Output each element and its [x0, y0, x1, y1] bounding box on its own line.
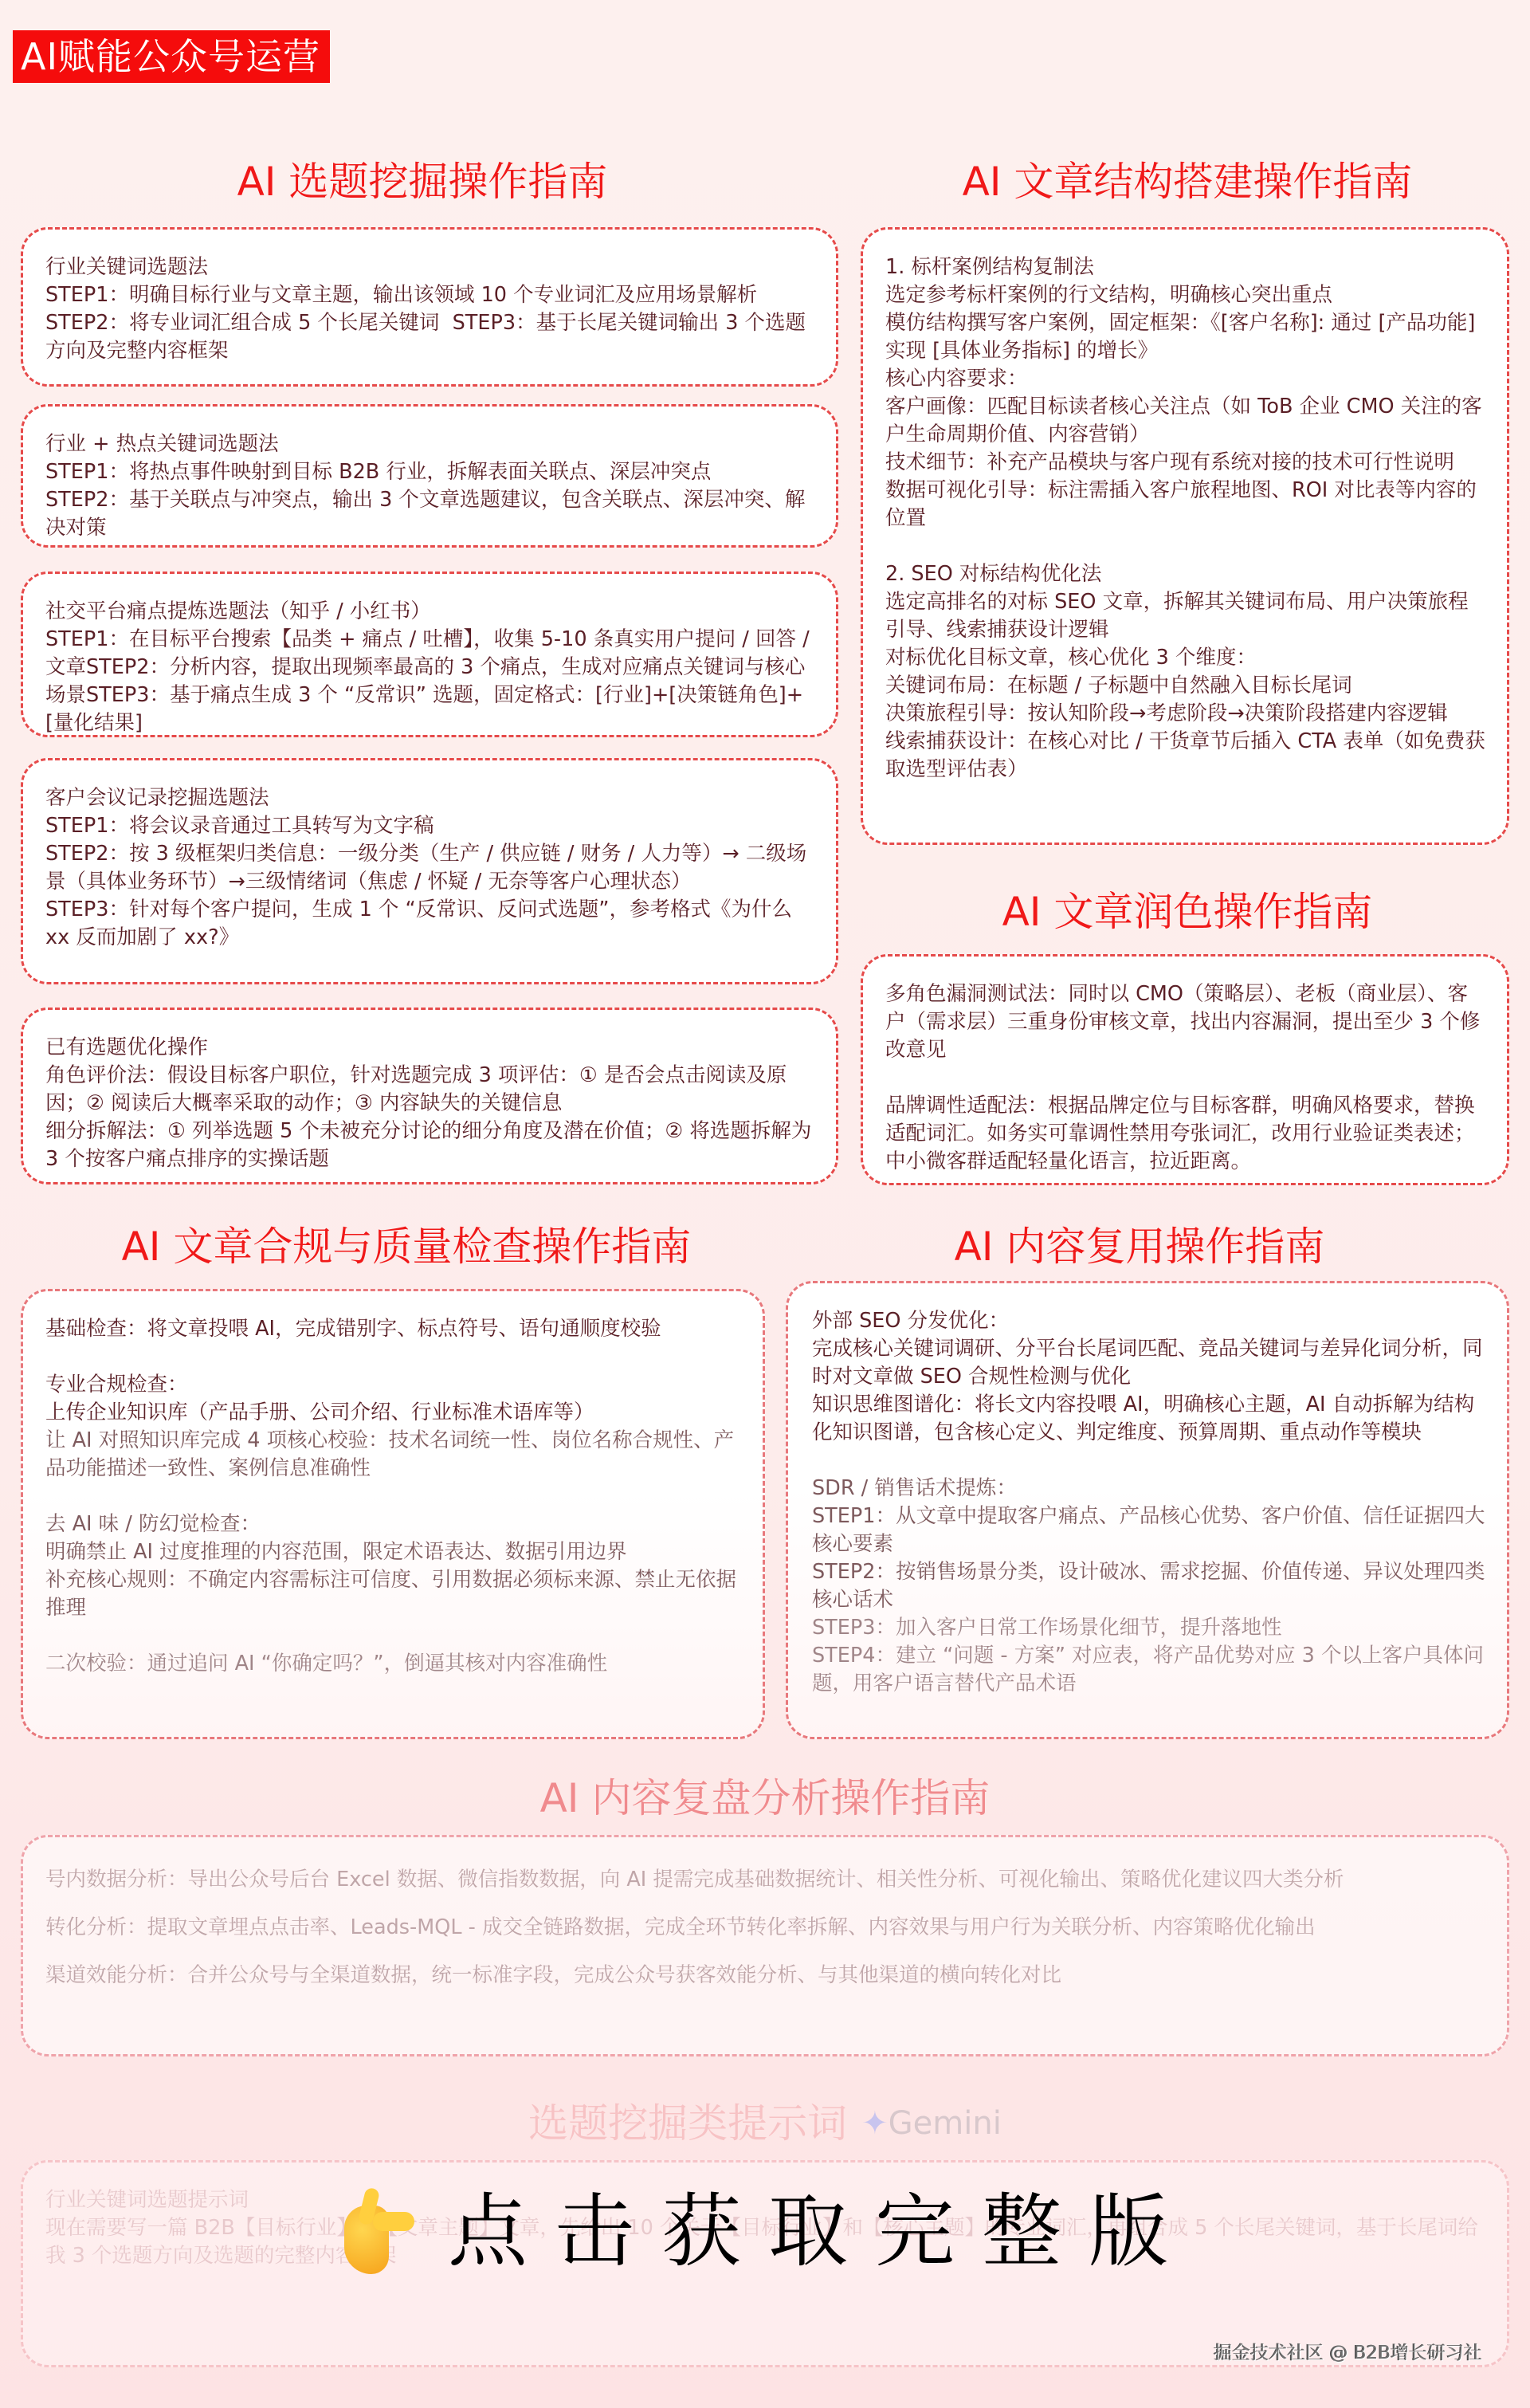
card-text: 上传企业知识库（产品手册、公司介绍、行业标准术语库等） [45, 1399, 742, 1427]
card-heading: 去 AI 味 / 防幻觉检查： [45, 1510, 742, 1538]
card-text: 补充核心规则：不确定内容需标注可信度、引用数据必须标来源、禁止无依据推理 [45, 1566, 742, 1622]
card-text: STEP2：按销售场景分类，设计破冰、需求挖掘、价值传递、异议处理四类核心话术 [812, 1558, 1486, 1614]
card-reuse: 外部 SEO 分发优化： 完成核心关键词调研、分平台长尾词匹配、竞品关键词与差异… [786, 1281, 1509, 1739]
card-heading: 行业 + 热点关键词选题法 [45, 430, 815, 458]
card-text: 对标优化目标文章，核心优化 3 个维度： [885, 644, 1486, 672]
card-text: 知识思维图谱化：将长文内容投喂 AI，明确核心主题，AI 自动拆解为结构化知识图… [812, 1391, 1486, 1447]
card-heading: 行业关键词选题法 [45, 253, 815, 281]
card-heading: 2. SEO 对标结构优化法 [885, 560, 1486, 588]
card-heading: 1. 标杆案例结构复制法 [885, 253, 1486, 281]
card-heading: SDR / 销售话术提炼： [812, 1475, 1486, 1503]
card-text: 明确禁止 AI 过度推理的内容范围，限定术语表达、数据引用边界 [45, 1538, 742, 1566]
section-title-polish: AI 文章润色操作指南 [861, 886, 1514, 937]
card-customer-meeting: 客户会议记录挖掘选题法 STEP1：将会议录音通过工具转写为文字稿 STEP2：… [21, 758, 838, 984]
section-title-prompts: 选题挖掘类提示词 ✦Gemini [0, 2098, 1530, 2149]
card-text: 让 AI 对照知识库完成 4 项核心校验：技术名词统一性、岗位名称合规性、产品功… [45, 1427, 742, 1483]
card-industry-hotspot: 行业 + 热点关键词选题法 STEP1：将热点事件映射到目标 B2B 行业，拆解… [21, 404, 838, 548]
card-compliance: 基础检查：将文章投喂 AI，完成错别字、标点符号、语句通顺度校验 专业合规检查：… [21, 1289, 765, 1739]
card-text: 基础检查：将文章投喂 AI，完成错别字、标点符号、语句通顺度校验 [45, 1315, 742, 1343]
card-text: STEP3：针对每个客户提问，生成 1 个 “反常识、反问式选题”，参考格式《为… [45, 896, 815, 952]
card-text: 角色评价法：假设目标客户职位，针对选题完成 3 项评估：① 是否会点击阅读及原因… [45, 1062, 815, 1118]
card-text: 细分拆解法：① 列举选题 5 个未被充分讨论的细分角度及潜在价值；② 将选题拆解… [45, 1118, 815, 1173]
gemini-badge: ✦Gemini [861, 2098, 1002, 2149]
card-text: 关键词布局：在标题 / 子标题中自然融入目标长尾词 [885, 672, 1486, 700]
card-text: 品牌调性适配法：根据品牌定位与目标客群，明确风格要求，替换适配词汇。如务实可靠调… [885, 1092, 1486, 1176]
card-heading: 客户会议记录挖掘选题法 [45, 784, 815, 812]
card-heading: 外部 SEO 分发优化： [812, 1307, 1486, 1335]
card-review: 号内数据分析：导出公众号后台 Excel 数据、微信指数数据，向 AI 提需完成… [21, 1835, 1509, 2056]
card-heading: 社交平台痛点提炼选题法（知乎 / 小红书） [45, 598, 815, 626]
card-text: STEP2：按 3 级框架归类信息：一级分类（生产 / 供应链 / 财务 / 人… [45, 840, 815, 896]
card-text: STEP2：基于关联点与冲突点，输出 3 个文章选题建议，包含关联点、深层冲突、… [45, 486, 815, 542]
section-title-structure: AI 文章结构搭建操作指南 [861, 156, 1514, 207]
card-text: STEP1：从文章中提取客户痛点、产品核心优势、客户价值、信任证据四大核心要素 [812, 1503, 1486, 1558]
card-text: 完成核心关键词调研、分平台长尾词匹配、竞品关键词与差异化词分析，同时对文章做 S… [812, 1335, 1486, 1391]
section-title-reuse: AI 内容复用操作指南 [789, 1221, 1490, 1272]
card-text: 技术细节：补充产品模块与客户现有系统对接的技术可行性说明 [885, 449, 1486, 477]
card-heading: 已有选题优化操作 [45, 1034, 815, 1062]
prompts-title: 选题挖掘类提示词 [528, 2098, 847, 2149]
card-text: 数据可视化引导：标注需插入客户旅程地图、ROI 对比表等内容的位置 [885, 477, 1486, 532]
card-text: 选定高排名的对标 SEO 文章，拆解其关键词布局、用户决策旅程引导、线索捕获设计… [885, 588, 1486, 644]
card-polish: 多角色漏洞测试法：同时以 CMO（策略层）、老板（商业层）、客户（需求层）三重身… [861, 954, 1509, 1185]
card-text: 多角色漏洞测试法：同时以 CMO（策略层）、老板（商业层）、客户（需求层）三重身… [885, 980, 1486, 1064]
section-title-compliance: AI 文章合规与质量检查操作指南 [16, 1221, 797, 1272]
card-text: 模仿结构撰写客户案例，固定框架：《[客户名称]: 通过 [产品功能] 实现 [具… [885, 309, 1486, 365]
card-text: 转化分析：提取文章埋点点击率、Leads-MQL - 成交全链路数据，完成全环节… [45, 1914, 1486, 1942]
card-social-pain-points: 社交平台痛点提炼选题法（知乎 / 小红书） STEP1：在目标平台搜索【品类 +… [21, 572, 838, 737]
watermark: 掘金技术社区 @ B2B增长研习社 [1214, 2338, 1482, 2364]
card-topic-optimization: 已有选题优化操作 角色评价法：假设目标客户职位，针对选题完成 3 项评估：① 是… [21, 1008, 838, 1184]
gemini-star-icon: ✦ [861, 2105, 889, 2142]
card-text: 线索捕获设计：在核心对比 / 干货章节后插入 CTA 表单（如免费获取选型评估表… [885, 728, 1486, 784]
card-text: 客户画像：匹配目标读者核心关注点（如 ToB 企业 CMO 关注的客户生命周期价… [885, 393, 1486, 449]
card-text: STEP1：将会议录音通过工具转写为文字稿 [45, 812, 815, 840]
card-text: 号内数据分析：导出公众号后台 Excel 数据、微信指数数据，向 AI 提需完成… [45, 1866, 1486, 1894]
card-text: 选定参考标杆案例的行文结构，明确核心突出重点 [885, 281, 1486, 309]
card-heading: 专业合规检查： [45, 1371, 742, 1399]
get-full-version-button[interactable]: 点击获取完整版 [344, 2184, 1195, 2280]
card-text: STEP1：在目标平台搜索【品类 + 痛点 / 吐槽】，收集 5-10 条真实用… [45, 626, 815, 737]
card-text: STEP3：加入客户日常工作场景化细节，提升落地性 [812, 1614, 1486, 1642]
card-text: 渠道效能分析：合并公众号与全渠道数据，统一标准字段，完成公众号获客效能分析、与其… [45, 1962, 1486, 1990]
card-text: STEP1：明确目标行业与文章主题，输出该领域 10 个专业词汇及应用场景解析 … [45, 281, 815, 365]
cta-label: 点击获取完整版 [448, 2184, 1195, 2280]
page-badge: AI赋能公众号运营 [13, 30, 330, 83]
section-title-review: AI 内容复盘分析操作指南 [0, 1773, 1530, 1824]
section-title-topic-mining: AI 选题挖掘操作指南 [16, 156, 829, 207]
card-text: 核心内容要求： [885, 365, 1486, 393]
pointing-hand-icon [344, 2188, 416, 2276]
card-text: 决策旅程引导：按认知阶段→考虑阶段→决策阶段搭建内容逻辑 [885, 700, 1486, 728]
card-text: 二次校验：通过追问 AI “你确定吗？”，倒逼其核对内容准确性 [45, 1650, 742, 1678]
card-industry-keyword: 行业关键词选题法 STEP1：明确目标行业与文章主题，输出该领域 10 个专业词… [21, 227, 838, 387]
gemini-label: Gemini [889, 2105, 1002, 2142]
card-text: STEP4：建立 “问题 - 方案” 对应表，将产品优势对应 3 个以上客户具体… [812, 1642, 1486, 1698]
card-text: STEP1：将热点事件映射到目标 B2B 行业，拆解表面关联点、深层冲突点 [45, 458, 815, 486]
card-structure: 1. 标杆案例结构复制法 选定参考标杆案例的行文结构，明确核心突出重点 模仿结构… [861, 227, 1509, 845]
